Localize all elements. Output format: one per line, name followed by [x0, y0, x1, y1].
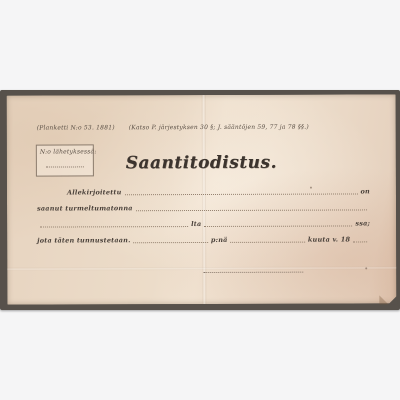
- regulation-reference: (Katso P. järjestyksen 30 §; J. sääntöje…: [129, 124, 309, 132]
- document-paper: (Planketti N:o 53. 1881) (Katso P. järje…: [7, 94, 397, 304]
- form-line-2: saanut turmeltumatonna: [37, 203, 370, 212]
- line4-fill-line-a: [134, 241, 208, 243]
- line3-mid: lta: [191, 220, 201, 228]
- line4-fill-line-b: [231, 241, 305, 243]
- line2-fill-line: [136, 208, 367, 211]
- line3-fill-line-a: [40, 225, 188, 228]
- line4-label: jota täten tunnustetaan.: [37, 236, 130, 244]
- line1-label: Allekirjoitettu: [67, 188, 122, 196]
- line3-suffix: ssa;: [355, 219, 370, 227]
- line4-suffix: kuuta v. 18: [308, 235, 350, 243]
- document-title: Saantitodistus.: [7, 152, 396, 173]
- form-reference: (Planketti N:o 53. 1881): [37, 124, 115, 131]
- line4-fill-line-c: [353, 240, 367, 242]
- paper-speck: [365, 268, 367, 270]
- photo-frame: (Planketti N:o 53. 1881) (Katso P. järje…: [0, 90, 400, 310]
- corner-dogear: [388, 295, 397, 304]
- line1-fill-line: [125, 192, 358, 195]
- line2-label: saanut turmeltumatonna: [37, 204, 133, 212]
- signature-line: [203, 271, 303, 273]
- line1-suffix: on: [360, 187, 369, 195]
- form-line-1: Allekirjoitettu on: [37, 187, 370, 196]
- corner-fold-shadow: [379, 295, 388, 304]
- form-line-3: lta ssa;: [37, 219, 370, 228]
- form-line-4: jota täten tunnustetaan. p:nä kuuta v. 1…: [37, 235, 370, 244]
- form-header: (Planketti N:o 53. 1881) (Katso P. järje…: [37, 123, 376, 131]
- line4-mid: p:nä: [211, 236, 228, 244]
- line3-fill-line-b: [204, 224, 352, 227]
